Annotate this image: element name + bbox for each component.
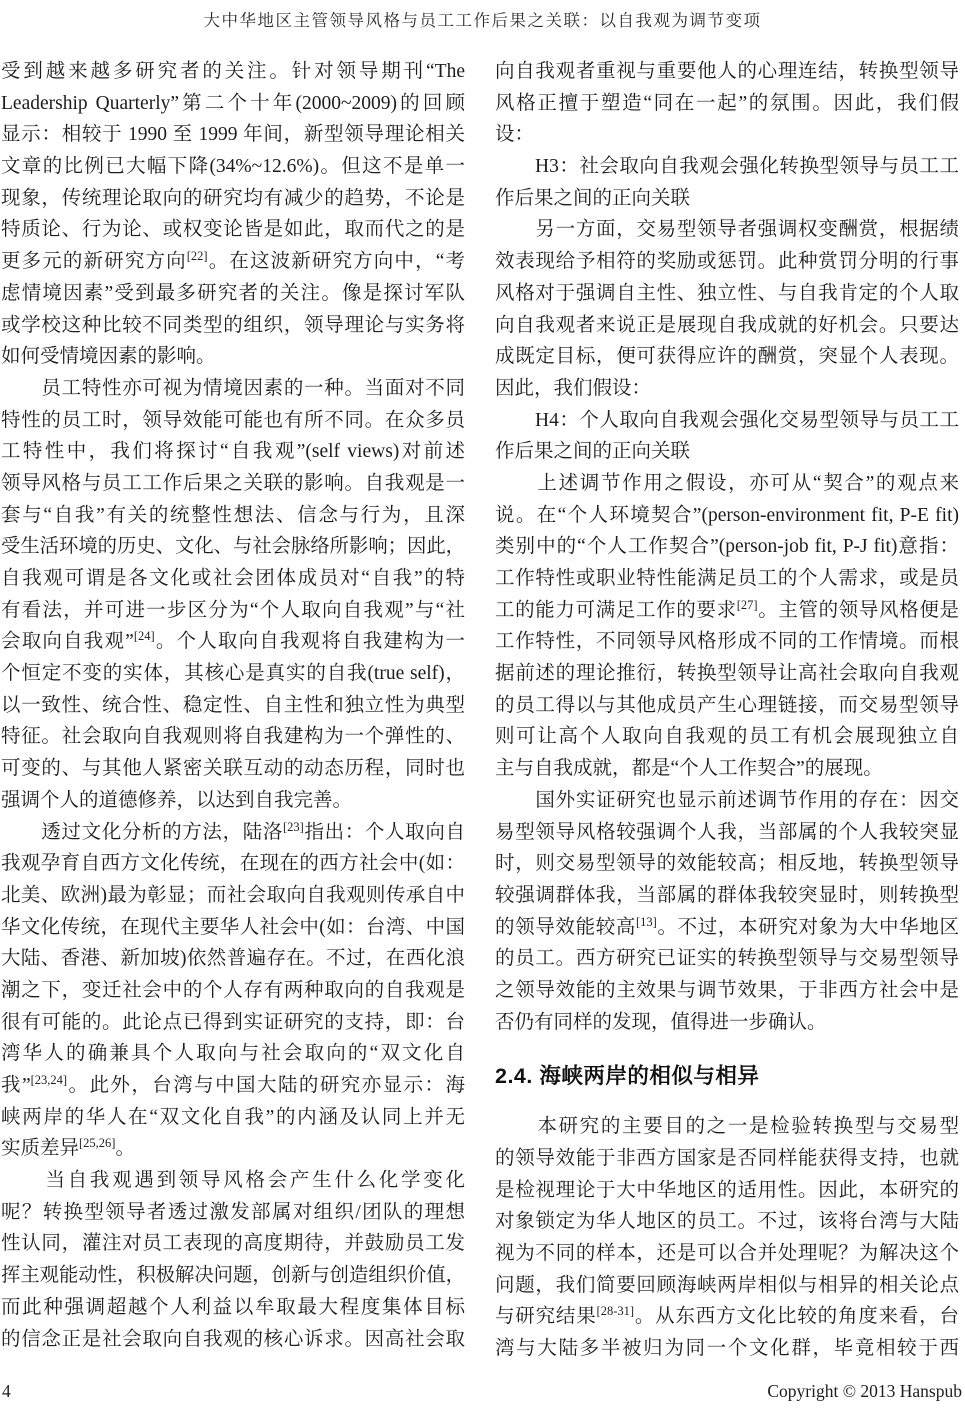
text-line: 自我观可谓是各文化或社会团体成员对“自我”的特 <box>1 563 465 595</box>
text-line: 大陆、香港、新加坡)依然普遍存在。不过，在西化浪 <box>1 943 465 975</box>
text-line: 是检视理论于大中华地区的适用性。因此，本研究的 <box>495 1175 959 1207</box>
text-line: 的领导效能于非西方国家是否同样能获得支持，也就 <box>495 1143 959 1175</box>
text-line: 透过文化分析的方法，陆洛[23]指出：个人取向自 <box>1 817 465 849</box>
text-line: 虑情境因素”受到最多研究者的关注。像是探讨军队 <box>1 278 465 310</box>
text-line: 工特性中，我们将探讨“自我观”(self views)对前述 <box>1 436 465 468</box>
text-line: 个恒定不变的实体，其核心是真实的自我(true self)， <box>1 658 465 690</box>
text-line: 工作特性，不同领导风格形成不同的工作情境。而根 <box>495 626 959 658</box>
text-line: 否仍有同样的发现，值得进一步确认。 <box>495 1007 959 1039</box>
paper-page: 大中华地区主管领导风格与员工工作后果之关联：以自我观为调节变项 受到越来越多研究… <box>0 0 965 1414</box>
text-line: 的信念正是社会取向自我观的核心诉求。因高社会取 <box>1 1324 465 1356</box>
text-line: 另一方面，交易型领导者强调权变酬赏，根据绩 <box>495 214 959 246</box>
text-line: 上述调节作用之假设，亦可从“契合”的观点来 <box>495 468 959 500</box>
page-footer: 4 Copyright © 2013 Hanspub <box>2 1381 962 1402</box>
text-line: 湾华人的确兼具个人取向与社会取向的“双文化自 <box>1 1038 465 1070</box>
running-head-title: 大中华地区主管领导风格与员工工作后果之关联：以自我观为调节变项 <box>0 7 965 31</box>
text-line: 国外实证研究也显示前述调节作用的存在：因交 <box>495 785 959 817</box>
text-line: 作后果之间的正向关联 <box>495 183 959 215</box>
text-line: 时，则交易型领导的效能较高；相反地，转换型领导 <box>495 848 959 880</box>
text-line: 潮之下，变迁社会中的个人存有两种取向的自我观是 <box>1 975 465 1007</box>
text-line: 可变的、与其他人紧密关联互动的动态历程，同时也 <box>1 753 465 785</box>
text-line: 说。在“个人环境契合”(person-environment fit, P-E … <box>495 500 959 532</box>
text-line: 更多元的新研究方向[22]。在这波新研究方向中，“考 <box>1 246 465 278</box>
text-line: 我观孕育自西方文化传统，在现在的西方社会中(如： <box>1 848 465 880</box>
text-line: 工的能力可满足工作的要求[27]。主管的领导风格便是 <box>495 595 959 627</box>
text-line: 成既定目标，便可获得应许的酬赏，突显个人表现。 <box>495 341 959 373</box>
text-line: 当自我观遇到领导风格会产生什么化学变化 <box>1 1165 465 1197</box>
text-line: 而此种强调超越个人利益以牟取最大程度集体目标 <box>1 1292 465 1324</box>
text-line: 北美、欧洲)最为彰显；而社会取向自我观则传承自中 <box>1 880 465 912</box>
text-line: 的领导效能较高[13]。不过，本研究对象为大中华地区 <box>495 912 959 944</box>
text-line: 挥主观能动性，积极解决问题，创新与创造组织价值， <box>1 1260 461 1292</box>
text-line: 风格正擅于塑造“同在一起”的氛围。因此，我们假 <box>495 88 959 120</box>
text-line: 套与“自我”有关的统整性想法、信念与行为，且深 <box>1 500 465 532</box>
text-line: 领导风格与员工工作后果之关联的影响。自我观是一 <box>1 468 465 500</box>
text-columns: 受到越来越多研究者的关注。针对领导期刊“TheLeadership Quarte… <box>1 56 959 1365</box>
text-line: 设： <box>495 119 959 151</box>
text-line: 问题，我们简要回顾海峡两岸相似与相异的相关论点 <box>495 1270 959 1302</box>
text-line: 主与自我成就，都是“个人工作契合”的展现。 <box>495 753 959 785</box>
text-line: 向自我观者来说正是展现自我成就的好机会。只要达 <box>495 310 959 342</box>
left-column: 受到越来越多研究者的关注。针对领导期刊“TheLeadership Quarte… <box>1 56 465 1365</box>
text-line: Leadership Quarterly”第二个十年(2000~2009)的回顾 <box>1 88 465 120</box>
text-line: 特性的员工时，领导效能可能也有所不同。在众多员 <box>1 405 465 437</box>
text-line: 易型领导风格较强调个人我，当部属的个人我较突显 <box>495 817 959 849</box>
text-line: 湾与大陆多半被归为同一个文化群，毕竟相较于西 <box>495 1333 959 1365</box>
text-line: 员工特性亦可视为情境因素的一种。当面对不同 <box>1 373 465 405</box>
text-line: 很有可能的。此论点已得到实证研究的支持，即：台 <box>1 1007 465 1039</box>
right-column: 向自我观者重视与重要他人的心理连结，转换型领导风格正擅于塑造“同在一起”的氛围。… <box>495 56 959 1365</box>
text-line: 华文化传统，在现代主要华人社会中(如：台湾、中国 <box>1 912 465 944</box>
text-line: 峡两岸的华人在“双文化自我”的内涵及认同上并无 <box>1 1102 465 1134</box>
text-line: 与研究结果[28-31]。从东西方文化比较的角度来看，台 <box>495 1301 959 1333</box>
page-number: 4 <box>2 1381 11 1402</box>
text-line: 受到越来越多研究者的关注。针对领导期刊“The <box>1 56 465 88</box>
text-line: 特质论、行为论、或权变论皆是如此，取而代之的是 <box>1 214 465 246</box>
text-line: 受生活环境的历史、文化、与社会脉络所影响；因此， <box>1 531 461 563</box>
text-line: 有看法，并可进一步区分为“个人取向自我观”与“社 <box>1 595 465 627</box>
text-line: 的员工。西方研究已证实的转换型领导与交易型领导 <box>495 943 959 975</box>
text-line: 呢？转换型领导者透过激发部属对组织/团队的理想 <box>1 1197 465 1229</box>
text-line: 据前述的理论推衍，转换型领导让高社会取向自我观 <box>495 658 959 690</box>
text-line: 强调个人的道德修养，以达到自我完善。 <box>1 785 465 817</box>
text-line: 作后果之间的正向关联 <box>495 436 959 468</box>
text-line: 较强调群体我，当部属的群体我较突显时，则转换型 <box>495 880 959 912</box>
text-line: 类别中的“个人工作契合”(person-job fit, P-J fit)意指： <box>495 531 959 563</box>
text-line: 工作特性或职业特性能满足员工的个人需求，或是员 <box>495 563 959 595</box>
text-line: H4：个人取向自我观会强化交易型领导与员工工 <box>495 405 959 437</box>
text-line: 向自我观者重视与重要他人的心理连结，转换型领导 <box>495 56 959 88</box>
text-line: 本研究的主要目的之一是检验转换型与交易型 <box>495 1111 959 1143</box>
text-line: 特征。社会取向自我观则将自我建构为一个弹性的、 <box>1 721 465 753</box>
text-line: 现象，传统理论取向的研究均有减少的趋势，不论是 <box>1 183 465 215</box>
section-heading: 2.4. 海峡两岸的相似与相异 <box>495 1038 959 1111</box>
text-line: 我”[23,24]。此外，台湾与中国大陆的研究亦显示：海 <box>1 1070 465 1102</box>
text-line: 风格对于强调自主性、独立性、与自我肯定的个人取 <box>495 278 959 310</box>
text-line: 因此，我们假设： <box>495 373 959 405</box>
text-line: 实质差异[25,26]。 <box>1 1133 465 1165</box>
text-line: 文章的比例已大幅下降(34%~12.6%)。但这不是单一 <box>1 151 465 183</box>
text-line: 对象锁定为华人地区的员工。不过，该将台湾与大陆 <box>495 1206 959 1238</box>
text-line: 如何受情境因素的影响。 <box>1 341 465 373</box>
text-line: 以一致性、统合性、稳定性、自主性和独立性为典型 <box>1 690 465 722</box>
text-line: 会取向自我观”[24]。个人取向自我观将自我建构为一 <box>1 626 465 658</box>
text-line: 效表现给予相符的奖励或惩罚。此种赏罚分明的行事 <box>495 246 959 278</box>
text-line: 则可让高个人取向自我观的员工有机会展现独立自 <box>495 721 959 753</box>
text-line: 性认同，灌注对员工表现的高度期待，并鼓励员工发 <box>1 1228 465 1260</box>
text-line: 之领导效能的主效果与调节效果，于非西方社会中是 <box>495 975 959 1007</box>
copyright-notice: Copyright © 2013 Hanspub <box>767 1381 962 1402</box>
text-line: 的员工得以与其他成员产生心理链接，而交易型领导 <box>495 690 959 722</box>
text-line: 视为不同的样本，还是可以合并处理呢？为解决这个 <box>495 1238 959 1270</box>
text-line: H3：社会取向自我观会强化转换型领导与员工工 <box>495 151 959 183</box>
text-line: 显示：相较于 1990 至 1999 年间，新型领导理论相关 <box>1 119 465 151</box>
text-line: 或学校这种比较不同类型的组织，领导理论与实务将 <box>1 310 465 342</box>
